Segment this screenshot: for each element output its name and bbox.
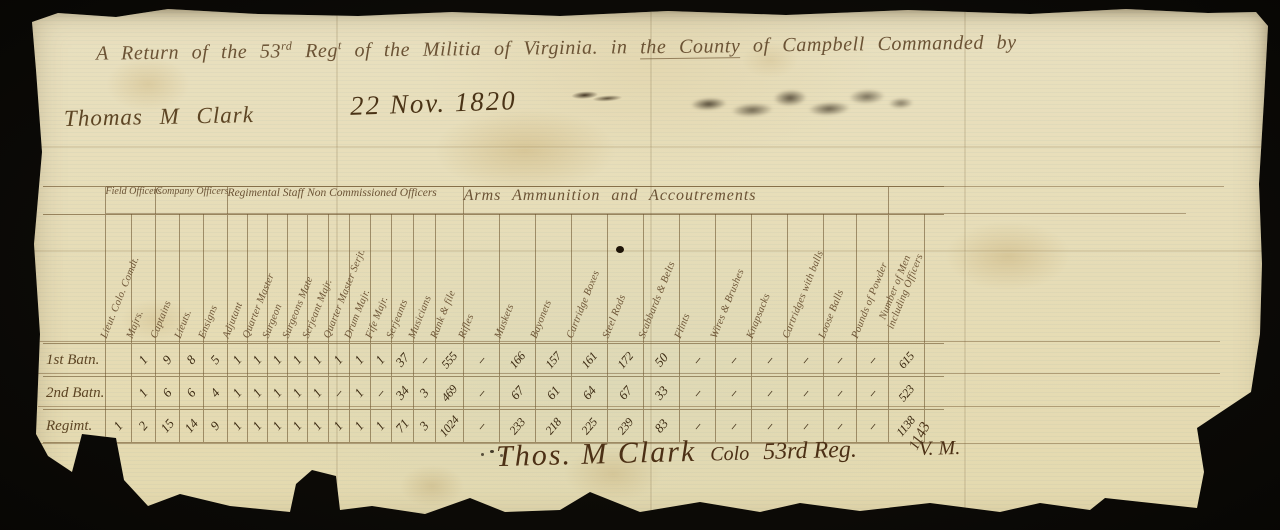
return-date: 22 Nov. 1820 xyxy=(350,85,518,122)
table-cell: 1 xyxy=(349,344,370,377)
cell-value: 523 xyxy=(895,382,917,405)
cell-value: – xyxy=(689,418,705,433)
cell-value: 1 xyxy=(351,352,367,367)
ink-smudge-stamp xyxy=(679,74,921,132)
cell-value: 14 xyxy=(181,416,202,436)
table-cell: – xyxy=(787,344,823,377)
table-cell: 1 xyxy=(370,410,391,443)
table-cell: 161 xyxy=(571,344,607,377)
title-text: A Return of the 53 xyxy=(96,40,281,64)
cell-value: 83 xyxy=(651,416,672,436)
group-header: Company Officers xyxy=(155,187,227,215)
cell-value: 218 xyxy=(542,415,564,438)
cell-value: 1 xyxy=(229,385,245,400)
column-header: Cartridge Boxes xyxy=(571,215,607,344)
row-label: Regimt. xyxy=(43,410,105,443)
table-cell: 9 xyxy=(155,344,179,377)
cell-value: 8 xyxy=(183,352,199,367)
table-cell: 1 xyxy=(349,377,370,410)
cell-value: 615 xyxy=(895,349,917,372)
cell-value: – xyxy=(831,385,847,400)
cell-value: 5 xyxy=(207,352,223,367)
cell-value: – xyxy=(330,385,346,400)
cell-value: 1 xyxy=(249,352,265,367)
table-cell: 469 xyxy=(435,377,463,410)
fold-crease-horizontal xyxy=(28,146,1273,149)
column-header xyxy=(924,215,944,344)
column-header: Serjeants xyxy=(391,215,413,344)
cell-value: 1 xyxy=(372,352,388,367)
cell-value: – xyxy=(725,352,741,367)
title-text: of the Militia of Virginia. in xyxy=(342,36,640,62)
table-cell: – xyxy=(823,377,856,410)
cell-value: 50 xyxy=(651,350,672,370)
table-cell: 4 xyxy=(203,377,227,410)
table-cell: 1 xyxy=(247,377,267,410)
table-cell: 1 xyxy=(247,410,267,443)
document-title: A Return of the 53rd Regt of the Militia… xyxy=(96,27,1246,66)
return-table: Field OfficersCompany OfficersRegimental… xyxy=(43,186,944,443)
column-header: Muskets xyxy=(499,215,535,344)
table-cell: 34 xyxy=(391,377,413,410)
cell-value: 157 xyxy=(542,349,564,372)
column-header: Fife Majr. xyxy=(370,215,391,344)
table-cell: 2 xyxy=(131,410,155,443)
table-cell: 61 xyxy=(535,377,571,410)
cell-value: 1 xyxy=(269,418,285,433)
table-cell: 67 xyxy=(499,377,535,410)
table-cell: 1 xyxy=(349,410,370,443)
table-cell: 1 xyxy=(287,410,307,443)
cell-value: 2 xyxy=(135,418,151,433)
table-cell: 615 xyxy=(888,344,924,377)
table-cell: 1 xyxy=(328,344,349,377)
cell-value: – xyxy=(473,418,489,433)
cell-value: 15 xyxy=(157,416,178,436)
cell-value: 233 xyxy=(506,415,528,438)
table-cell: 1 xyxy=(227,344,247,377)
table-cell: 1 xyxy=(307,377,328,410)
table-cell: 67 xyxy=(607,377,643,410)
cell-value: 37 xyxy=(392,350,413,370)
table-cell: 1 xyxy=(307,344,328,377)
table-cell: 50 xyxy=(643,344,679,377)
group-header: Non Commissioned Officers xyxy=(307,187,463,215)
table-cell: – xyxy=(370,377,391,410)
column-header-label: Cartridges with balls xyxy=(780,249,825,340)
column-header: Scabbards & Belts xyxy=(643,215,679,344)
column-header: Number of Men including Officers xyxy=(888,215,924,344)
table-row: 2nd Batn.166411111–1–343469–6761646733––… xyxy=(43,377,944,410)
cell-value: 1 xyxy=(229,418,245,433)
table-cell: – xyxy=(856,377,888,410)
row-label: 1st Batn. xyxy=(43,344,105,377)
group-header-row: Field OfficersCompany OfficersRegimental… xyxy=(43,187,944,215)
table-cell: – xyxy=(715,377,751,410)
column-header-label: Scabbards & Belts xyxy=(636,260,677,340)
column-header: Lieuts. xyxy=(179,215,203,344)
table-cell xyxy=(105,344,131,377)
cell-value: 1 xyxy=(330,418,346,433)
cell-value: 1 xyxy=(309,385,325,400)
table-cell: 9 xyxy=(203,410,227,443)
column-header: Adjutant xyxy=(227,215,247,344)
table-cell: 1 xyxy=(105,410,131,443)
column-header: Captains xyxy=(155,215,179,344)
table-cell: – xyxy=(679,344,715,377)
table-cell: 33 xyxy=(643,377,679,410)
column-header: Knapsacks xyxy=(751,215,787,344)
cell-value: 1 xyxy=(289,352,305,367)
group-header: Regimental Staff xyxy=(227,187,307,215)
table-cell: – xyxy=(856,344,888,377)
column-header: Loose Balls xyxy=(823,215,856,344)
group-header: Arms Ammunition and Accoutrements xyxy=(463,187,888,215)
cell-value: 1024 xyxy=(436,413,462,440)
cell-value: 1 xyxy=(135,352,151,367)
table-cell: 71 xyxy=(391,410,413,443)
ink-speck xyxy=(481,453,484,456)
column-header: Serjeant Majr. xyxy=(307,215,328,344)
column-header: Wires & Brushes xyxy=(715,215,751,344)
table-cell: 1 xyxy=(328,410,349,443)
table-cell: 1 xyxy=(131,344,155,377)
group-header: Field Officers xyxy=(105,187,155,215)
cell-value: – xyxy=(689,385,705,400)
column-header-row: Lieut. Colo. Comdt.Majrs.CaptainsLieuts.… xyxy=(43,215,944,344)
column-header: Ensigns xyxy=(203,215,227,344)
table-cell: 1 xyxy=(287,344,307,377)
cell-value: – xyxy=(761,352,777,367)
table-cell: 6 xyxy=(179,377,203,410)
cell-value: – xyxy=(864,385,880,400)
cell-value: 1 xyxy=(229,352,245,367)
column-header: Surgeons Mate xyxy=(287,215,307,344)
column-header: Quarter Master xyxy=(247,215,267,344)
cell-value: 71 xyxy=(392,416,413,436)
cell-value: 172 xyxy=(614,349,636,372)
table-cell: 166 xyxy=(499,344,535,377)
cell-value: 166 xyxy=(506,349,528,372)
document-paper: A Return of the 53rd Regt of the Militia… xyxy=(28,4,1273,528)
cell-value: 33 xyxy=(651,383,672,403)
table-cell xyxy=(924,377,944,410)
cell-value: 1 xyxy=(269,352,285,367)
cell-value: 1 xyxy=(330,352,346,367)
group-header xyxy=(888,187,944,215)
cell-value: 9 xyxy=(207,418,223,433)
table-cell: 1024 xyxy=(435,410,463,443)
cell-value: – xyxy=(473,352,489,367)
cell-value: – xyxy=(725,418,741,433)
table-cell: – xyxy=(463,377,499,410)
table-cell: 1 xyxy=(247,344,267,377)
table-cell: 15 xyxy=(155,410,179,443)
cell-value: – xyxy=(416,352,432,367)
signature-name: Thos. M Clark xyxy=(496,435,697,474)
column-header: Drum Majr. xyxy=(349,215,370,344)
cell-value: 1 xyxy=(135,385,151,400)
cell-value: 469 xyxy=(438,382,460,405)
column-header: Surgeon xyxy=(267,215,287,344)
cell-value: – xyxy=(689,352,705,367)
cell-value: 1 xyxy=(110,418,126,433)
signature-rank: Colo xyxy=(710,442,749,466)
table-cell: 555 xyxy=(435,344,463,377)
table-cell: 6 xyxy=(155,377,179,410)
table-cell: 233 xyxy=(499,410,535,443)
commander-name: Thomas M Clark xyxy=(64,102,254,132)
column-header: Flints xyxy=(679,215,715,344)
table-cell: 1 xyxy=(227,410,247,443)
cell-value: 1 xyxy=(309,418,325,433)
table-cell: – xyxy=(463,410,499,443)
table-cell: 8 xyxy=(179,344,203,377)
table-cell: 1 xyxy=(131,377,155,410)
table-cell: 3 xyxy=(413,377,435,410)
table-cell: 64 xyxy=(571,377,607,410)
cell-value: 1 xyxy=(309,352,325,367)
cell-value: – xyxy=(864,352,880,367)
cell-value: 1 xyxy=(249,385,265,400)
column-header: Quarter Master Serjt. xyxy=(328,215,349,344)
scan-background: A Return of the 53rd Regt of the Militia… xyxy=(0,0,1280,530)
cell-value: 64 xyxy=(579,383,600,403)
cell-value: – xyxy=(725,385,741,400)
cell-value: – xyxy=(473,385,489,400)
ink-speck xyxy=(490,450,494,453)
column-header: Rifles xyxy=(463,215,499,344)
column-header: Majrs. xyxy=(131,215,155,344)
table-cell: 523 xyxy=(888,377,924,410)
table-cell: 5 xyxy=(203,344,227,377)
signature-regiment: 53rd Reg. xyxy=(763,437,857,466)
cell-value: 67 xyxy=(507,383,528,403)
cell-value: 1 xyxy=(372,418,388,433)
table-cell: – xyxy=(715,344,751,377)
row-label-spacer xyxy=(43,215,105,344)
table-row: 1st Batn.19851111111137–555–166157161172… xyxy=(43,344,944,377)
table-cell: 1 xyxy=(370,344,391,377)
cell-value: – xyxy=(797,352,813,367)
cell-value: 9 xyxy=(159,352,175,367)
cell-value: – xyxy=(797,385,813,400)
fold-crease-vertical xyxy=(964,4,967,528)
cell-value: 3 xyxy=(416,385,432,400)
cell-value: 1 xyxy=(249,418,265,433)
cell-value: 4 xyxy=(207,385,223,400)
table-cell: 1 xyxy=(227,377,247,410)
table-cell: 1 xyxy=(267,344,287,377)
table-cell: – xyxy=(751,344,787,377)
cell-value: 6 xyxy=(159,385,175,400)
cell-value: 3 xyxy=(416,418,432,433)
title-text: Reg xyxy=(292,40,338,63)
cell-value: 1 xyxy=(351,385,367,400)
cell-value: 239 xyxy=(614,415,636,438)
column-header: Bayonets xyxy=(535,215,571,344)
table-cell: – xyxy=(328,377,349,410)
table-cell: 37 xyxy=(391,344,413,377)
table-cell: 1 xyxy=(287,377,307,410)
cell-value: 1 xyxy=(351,418,367,433)
cell-value: 1 xyxy=(289,418,305,433)
cell-value: – xyxy=(831,352,847,367)
table-cell: – xyxy=(751,377,787,410)
ink-blot xyxy=(616,246,624,253)
column-header: Cartridges with balls xyxy=(787,215,823,344)
table-cell: 1 xyxy=(267,377,287,410)
cell-value: 61 xyxy=(543,383,564,403)
cell-value: – xyxy=(761,418,777,433)
table-cell: – xyxy=(463,344,499,377)
title-underlined-text: the County xyxy=(640,35,740,59)
table-cell: 1 xyxy=(267,410,287,443)
cell-value: – xyxy=(372,385,388,400)
table-cell: – xyxy=(787,377,823,410)
cell-value: 1 xyxy=(289,385,305,400)
cell-value: 161 xyxy=(578,349,600,372)
table-cell: 172 xyxy=(607,344,643,377)
table-cell: – xyxy=(679,377,715,410)
cell-value: – xyxy=(761,385,777,400)
cell-value: 555 xyxy=(438,349,460,372)
column-header: Steel Rods xyxy=(607,215,643,344)
cell-value: 225 xyxy=(578,415,600,438)
title-superscript: rd xyxy=(281,39,293,53)
table-body: 1st Batn.19851111111137–555–166157161172… xyxy=(43,344,944,443)
table-cell: 1 xyxy=(307,410,328,443)
ink-mark xyxy=(568,86,625,106)
table-cell: 157 xyxy=(535,344,571,377)
table-cell: 14 xyxy=(179,410,203,443)
column-header: Rank & file xyxy=(435,215,463,344)
column-header: Lieut. Colo. Comdt. xyxy=(105,215,131,344)
cell-value: 1 xyxy=(269,385,285,400)
table-cell xyxy=(924,344,944,377)
cell-value: 34 xyxy=(392,383,413,403)
table-cell xyxy=(105,377,131,410)
cell-value: 67 xyxy=(615,383,636,403)
cell-value: 6 xyxy=(183,385,199,400)
return-table-grid: Field OfficersCompany OfficersRegimental… xyxy=(43,186,944,443)
table-cell: – xyxy=(413,344,435,377)
column-header: Musicians xyxy=(413,215,435,344)
row-label: 2nd Batn. xyxy=(43,377,105,410)
table-cell: – xyxy=(823,344,856,377)
row-label-spacer xyxy=(43,187,105,215)
title-text: of Campbell Commanded by xyxy=(740,31,1017,56)
table-cell: 3 xyxy=(413,410,435,443)
